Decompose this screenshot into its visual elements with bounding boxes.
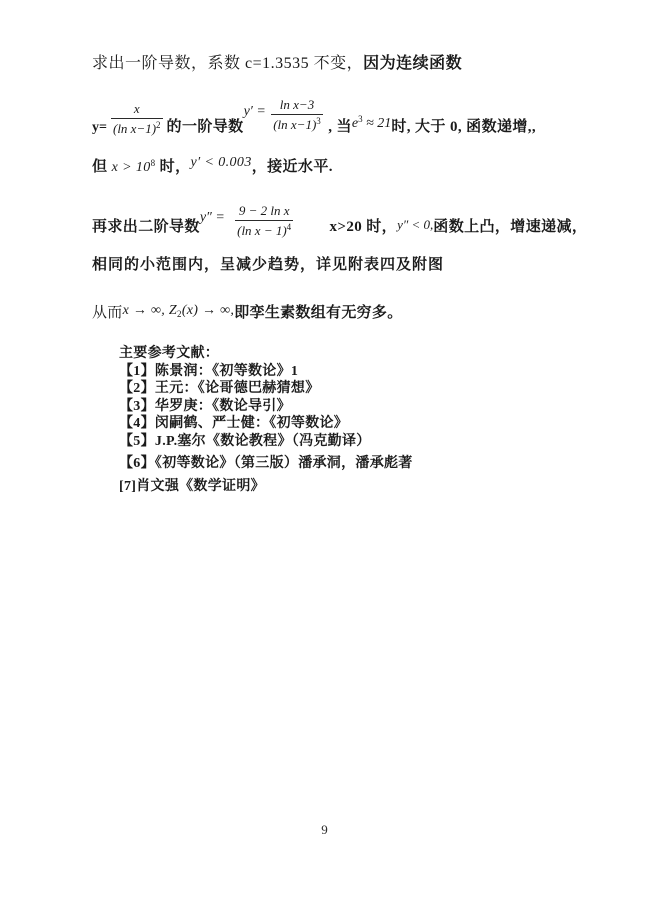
e-cubed-approx: e3 ≈ 21 xyxy=(352,114,391,132)
fraction-y-prime-exponent: 3 xyxy=(316,116,321,126)
reference-item: 【3】华罗庚：《数论导引》 xyxy=(119,398,413,416)
y-equals: y= xyxy=(92,120,107,136)
reference-item: 【1】陈景润：《初等数论》1 xyxy=(119,363,413,381)
fraction-ypp-numerator: 9 − 2 ln x xyxy=(229,203,300,220)
first-derivative-expression: y′ =ln x−3(ln x−1)3 xyxy=(244,97,329,132)
first-derivative-label: 的一阶导数 xyxy=(167,115,244,136)
fraction-y-denominator: (ln x−1) xyxy=(113,121,156,136)
y-prime-small-expression: y′ < 0.003 xyxy=(190,155,251,170)
comma-dang: , 当 xyxy=(328,115,352,136)
page-number: 9 xyxy=(0,822,649,838)
shi-text: 时， xyxy=(156,159,191,175)
approx-21: ≈ 21 xyxy=(363,116,392,131)
references-header: 主要参考文献： xyxy=(119,345,413,363)
fraction-y-prime-numerator: ln x−3 xyxy=(270,97,324,114)
fraction-y-numerator: x xyxy=(124,101,150,118)
document-page: 求出一阶导数，系数 c=1.3535 不变，因为连续函数 y=x(ln x−1)… xyxy=(0,0,649,906)
concave-text: 函数上凸，增速递减， xyxy=(433,215,587,236)
reference-item: 【4】闵嗣鹤、严士健：《初等数论》 xyxy=(119,415,413,433)
paragraph-second-derivative: 再求出二阶导数 y″ =9 − 2 ln x(ln x − 1)4 x>20 时… xyxy=(92,198,587,244)
fraction-ypp-denominator: (ln x − 1) xyxy=(237,223,287,238)
x-greater-expression: x > 108 xyxy=(112,160,156,175)
x-gt-10: x > 10 xyxy=(112,160,151,175)
but-text: 但 xyxy=(92,159,112,175)
x-greater-20-text: x>20 时， xyxy=(329,215,397,236)
near-horizontal-text: ，接近水平. xyxy=(252,159,333,175)
second-derivative-label: 再求出二阶导数 xyxy=(92,215,200,236)
paragraph-trend: 相同的小范围内，呈减少趋势，详见附表四及附图 xyxy=(92,253,444,274)
intro-text: 求出一阶导数，系数 c=1.3535 不变， xyxy=(92,55,363,72)
fraction-y-prime-denominator: (ln x−1) xyxy=(273,117,316,132)
fraction-y-prime: ln x−3(ln x−1)3 xyxy=(270,97,324,132)
intro-bold-text: 因为连续函数 xyxy=(363,55,462,72)
fraction-y: x(ln x−1)2 xyxy=(111,101,163,136)
paragraph-intro: 求出一阶导数，系数 c=1.3535 不变，因为连续函数 xyxy=(92,50,462,73)
z-to-infinity: (x) → ∞, xyxy=(182,303,234,318)
y-double-prime-equals: y″ = xyxy=(200,210,225,226)
fraction-ypp-exponent: 4 xyxy=(287,222,292,232)
conclusion-bold: 即孪生素数组有无穷多。 xyxy=(234,305,402,321)
reference-item: 【5】J.P.塞尔《数论教程》（冯克勤译） xyxy=(119,433,413,451)
increasing-text: 时, 大于 0, 函数递增,, xyxy=(391,115,536,136)
limit-expression: x → ∞, Z2(x) → ∞, xyxy=(123,303,235,318)
y-prime-equals: y′ = xyxy=(244,104,266,120)
small-value: 0.003 xyxy=(218,155,252,170)
y-prime-less-than: y′ < xyxy=(190,155,218,170)
references-section: 主要参考文献： 【1】陈景润：《初等数论》1 【2】王元：《论哥德巴赫猜想》 【… xyxy=(119,345,413,496)
paragraph-conclusion: 从而x → ∞, Z2(x) → ∞,即孪生素数组有无穷多。 xyxy=(92,301,403,322)
reference-item: [7]肖文强《数学证明》 xyxy=(119,478,413,496)
reference-item: 【6】《初等数论》（第三版）潘承洞，潘承彪著 xyxy=(119,455,413,473)
paragraph-first-derivative-line2: 但 x > 108 时，y′ < 0.003，接近水平. xyxy=(92,155,333,176)
reference-item: 【2】王元：《论哥德巴赫猜想》 xyxy=(119,380,413,398)
x-to-infinity: x → ∞, Z xyxy=(123,303,177,318)
paragraph-first-derivative: y=x(ln x−1)2 的一阶导数 y′ =ln x−3(ln x−1)3 ,… xyxy=(92,96,536,142)
fraction-y-double-prime: 9 − 2 ln x(ln x − 1)4 xyxy=(229,203,300,238)
y-double-prime-negative: y″ < 0, xyxy=(397,217,433,233)
fraction-y-exponent: 2 xyxy=(156,120,161,130)
conclusion-lead: 从而 xyxy=(92,305,123,321)
